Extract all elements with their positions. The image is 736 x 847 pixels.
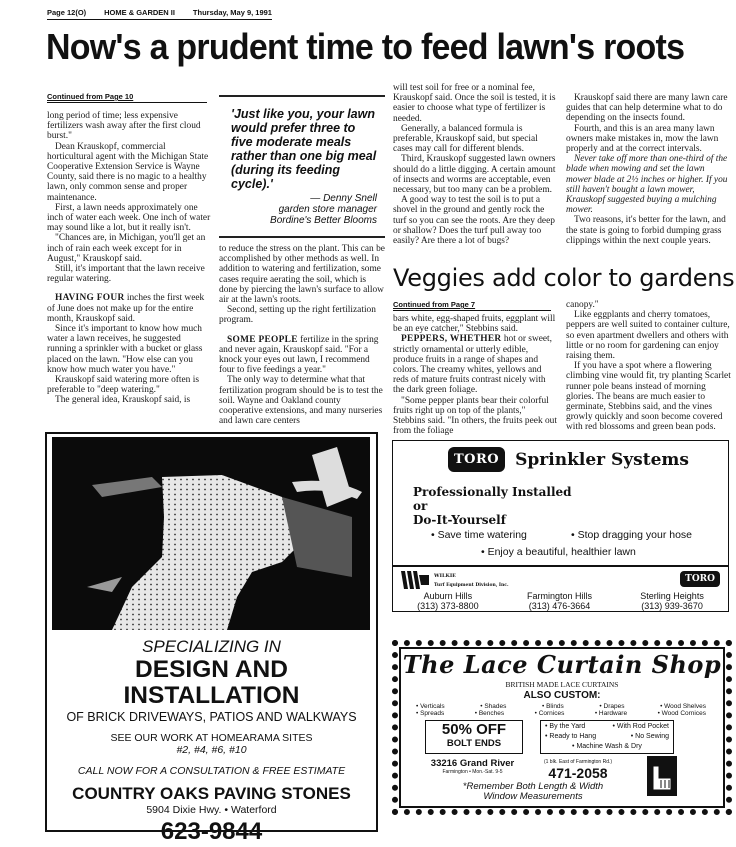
- paragraph: The general idea, Krauskopf said, is: [47, 395, 212, 405]
- company-phone: 623-9844: [47, 818, 376, 846]
- paragraph: HAVING FOUR inches the first week of Jun…: [47, 293, 212, 324]
- shop-phone: 471-2058: [528, 765, 628, 781]
- walkway-photo-illustration: [52, 437, 370, 630]
- paragraph: If you have a spot where a flowering cli…: [566, 361, 731, 432]
- paragraph: will test soil for free or a nominal fee…: [393, 83, 559, 124]
- shop-address-block: 33216 Grand River Farmington • Mon.-Sat.…: [425, 758, 520, 775]
- country-oaks-paving-ad: SPECIALIZING IN DESIGN AND INSTALLATION …: [45, 432, 378, 832]
- paragraph: Two reasons, it's better for the lawn, a…: [566, 215, 731, 246]
- caps-lead: PEPPERS, WHETHER: [401, 334, 501, 344]
- paragraph: to reduce the stress on the plant. This …: [219, 244, 385, 305]
- company-address: 5904 Dixie Hwy. • Waterford: [47, 804, 376, 816]
- specializing-label: SPECIALIZING IN: [47, 637, 376, 657]
- homearama-line: SEE OUR WORK AT HOMEARAMA SITES: [47, 732, 376, 744]
- paragraph: Krauskopf said there are many lawn care …: [566, 93, 731, 124]
- shop-subtitle: BRITISH MADE LACE CURTAINS: [398, 680, 726, 689]
- paving-ad-text: SPECIALIZING IN DESIGN AND INSTALLATION …: [47, 637, 376, 846]
- brick-driveways-line: OF BRICK DRIVEWAYS, PATIOS AND WALKWAYS: [47, 710, 376, 724]
- company-name: COUNTRY OAKS PAVING STONES: [47, 784, 376, 804]
- location-farmington-hills: Farmington Hills(313) 476-3664: [527, 591, 592, 611]
- issue-date: Thursday, May 9, 1991: [193, 8, 272, 19]
- dealer-name: WILKIE: [434, 573, 509, 579]
- curtain-features-box: • By the Yard• With Rod Pocket • Ready t…: [540, 720, 674, 754]
- paragraph: "Chances are, in Michigan, you'll get an…: [47, 233, 212, 264]
- benefit-3: • Enjoy a beautiful, healthier lawn: [481, 546, 636, 558]
- paragraph: Dean Krauskopf, commercial horticultural…: [47, 142, 212, 203]
- toro-sprinkler-ad: TORO Sprinkler Systems Professionally In…: [392, 440, 729, 612]
- benefit-2: • Stop dragging your hose: [571, 529, 692, 541]
- page-folio: Page 12(O) HOME & GARDEN II Thursday, Ma…: [47, 8, 272, 20]
- bolt-ends-sale-box: 50% OFF BOLT ENDS: [425, 720, 523, 754]
- page-number: Page 12(O): [47, 8, 86, 19]
- lawn-article-col2: 'Just like you, your lawn would prefer t…: [219, 95, 385, 426]
- custom-items-row2: • Spreads• Benches• Cornices• Hardware• …: [416, 710, 706, 717]
- shop-hours: Farmington • Mon.-Sat. 9-5: [425, 769, 520, 775]
- toro-header: TORO Sprinkler Systems: [448, 447, 689, 472]
- also-custom-label: ALSO CUSTOM:: [398, 690, 726, 701]
- paragraph: Since it's important to know how much wa…: [47, 324, 212, 375]
- paragraph: Never take off more than one-third of th…: [566, 154, 731, 215]
- paragraph: Generally, a balanced formula is prefera…: [393, 124, 559, 155]
- sale-percent: 50% OFF: [426, 721, 522, 738]
- divider: [393, 565, 728, 567]
- shop-address: 33216 Grand River: [425, 758, 520, 769]
- custom-items-row1: • Verticals• Shades• Blinds• Drapes• Woo…: [416, 703, 706, 710]
- measurement-reminder: *Remember Both Length & Width Window Mea…: [418, 782, 648, 802]
- benefit-1: • Save time watering: [431, 529, 527, 541]
- paragraph: long period of time; less expensive fert…: [47, 111, 212, 142]
- paragraph: PEPPERS, WHETHER hot or sweet, strictly …: [393, 334, 558, 395]
- toro-logo: TORO: [448, 447, 505, 472]
- paragraph: SOME PEOPLE fertilize in the spring and …: [219, 335, 385, 376]
- sale-item: BOLT ENDS: [426, 738, 522, 749]
- location-auburn-hills: Auburn Hills(313) 373-8800: [417, 591, 479, 611]
- paragraph: The only way to determine what that fert…: [219, 375, 385, 426]
- lawn-article-col3: will test soil for free or a nominal fee…: [393, 83, 559, 246]
- dealer-subtitle: Turf Equipment Division, Inc.: [434, 583, 509, 588]
- paragraph: canopy.": [566, 300, 731, 310]
- caps-lead: HAVING FOUR: [55, 293, 125, 303]
- paragraph: Third, Krauskopf suggested lawn owners s…: [393, 154, 559, 195]
- shop-title: The Lace Curtain Shop: [398, 650, 726, 679]
- divider: [219, 95, 385, 97]
- call-now-line: CALL NOW FOR A CONSULTATION & FREE ESTIM…: [47, 765, 376, 777]
- lawn-article-col4: Krauskopf said there are many lawn care …: [566, 93, 731, 246]
- wilkie-logo: WILKIE Turf Equipment Division, Inc.: [401, 571, 509, 589]
- divider: [219, 236, 385, 238]
- location-sterling-heights: Sterling Heights(313) 939-3670: [640, 591, 704, 611]
- continued-from-label: Continued from Page 10: [47, 92, 207, 103]
- continued-from-label: Continued from Page 7: [393, 300, 551, 311]
- design-installation-title: DESIGN AND INSTALLATION: [47, 657, 376, 709]
- toro-logo-small: TORO: [680, 571, 720, 587]
- paragraph: Still, it's important that the lawn rece…: [47, 264, 212, 284]
- caps-lead: SOME PEOPLE: [227, 335, 298, 345]
- veggies-article-col1: Continued from Page 7 bars white, egg-sh…: [393, 300, 558, 436]
- paragraph: "Some pepper plants bear their colorful …: [393, 396, 558, 437]
- homearama-sites: #2, #4, #6, #10: [47, 744, 376, 756]
- sprinkler-title: Sprinkler Systems: [515, 450, 689, 470]
- paragraph: First, a lawn needs approximately one in…: [47, 203, 212, 234]
- lawn-article-col1: Continued from Page 10 long period of ti…: [47, 92, 212, 406]
- veggies-article-col2: canopy." Like eggplants and cherry tomat…: [566, 300, 731, 433]
- lawn-headline: Now's a prudent time to feed lawn's root…: [46, 26, 684, 68]
- section-name: HOME & GARDEN II: [104, 8, 175, 19]
- walkway-photo: [52, 437, 370, 630]
- dealer-locations: Auburn Hills(313) 373-8800 Farmington Hi…: [393, 591, 728, 611]
- install-options: Professionally Installed or Do-It-Yourse…: [413, 485, 572, 527]
- shop-phone-block: (1 blk. East of Farmington Rd.) 471-2058: [528, 759, 628, 781]
- pull-quote: 'Just like you, your lawn would prefer t…: [231, 107, 377, 191]
- paragraph: A good way to test the soil is to put a …: [393, 195, 559, 246]
- paragraph: Fourth, and this is an area many lawn ow…: [566, 124, 731, 155]
- paragraph: Krauskopf said watering more often is pr…: [47, 375, 212, 395]
- wilkie-logo-icon: [401, 571, 429, 589]
- veggies-headline: Veggies add color to gardens: [393, 264, 734, 292]
- paragraph: Like eggplants and cherry tomatoes, pepp…: [566, 310, 731, 361]
- reminder-finger-icon: [643, 754, 683, 798]
- paragraph: bars white, egg-shaped fruits, eggplant …: [393, 314, 558, 334]
- paragraph: Second, setting up the right fertilizati…: [219, 305, 385, 325]
- quote-attribution: — Denny Snell garden store manager Bordi…: [219, 193, 377, 226]
- lace-curtain-shop-ad: The Lace Curtain Shop BRITISH MADE LACE …: [392, 640, 732, 815]
